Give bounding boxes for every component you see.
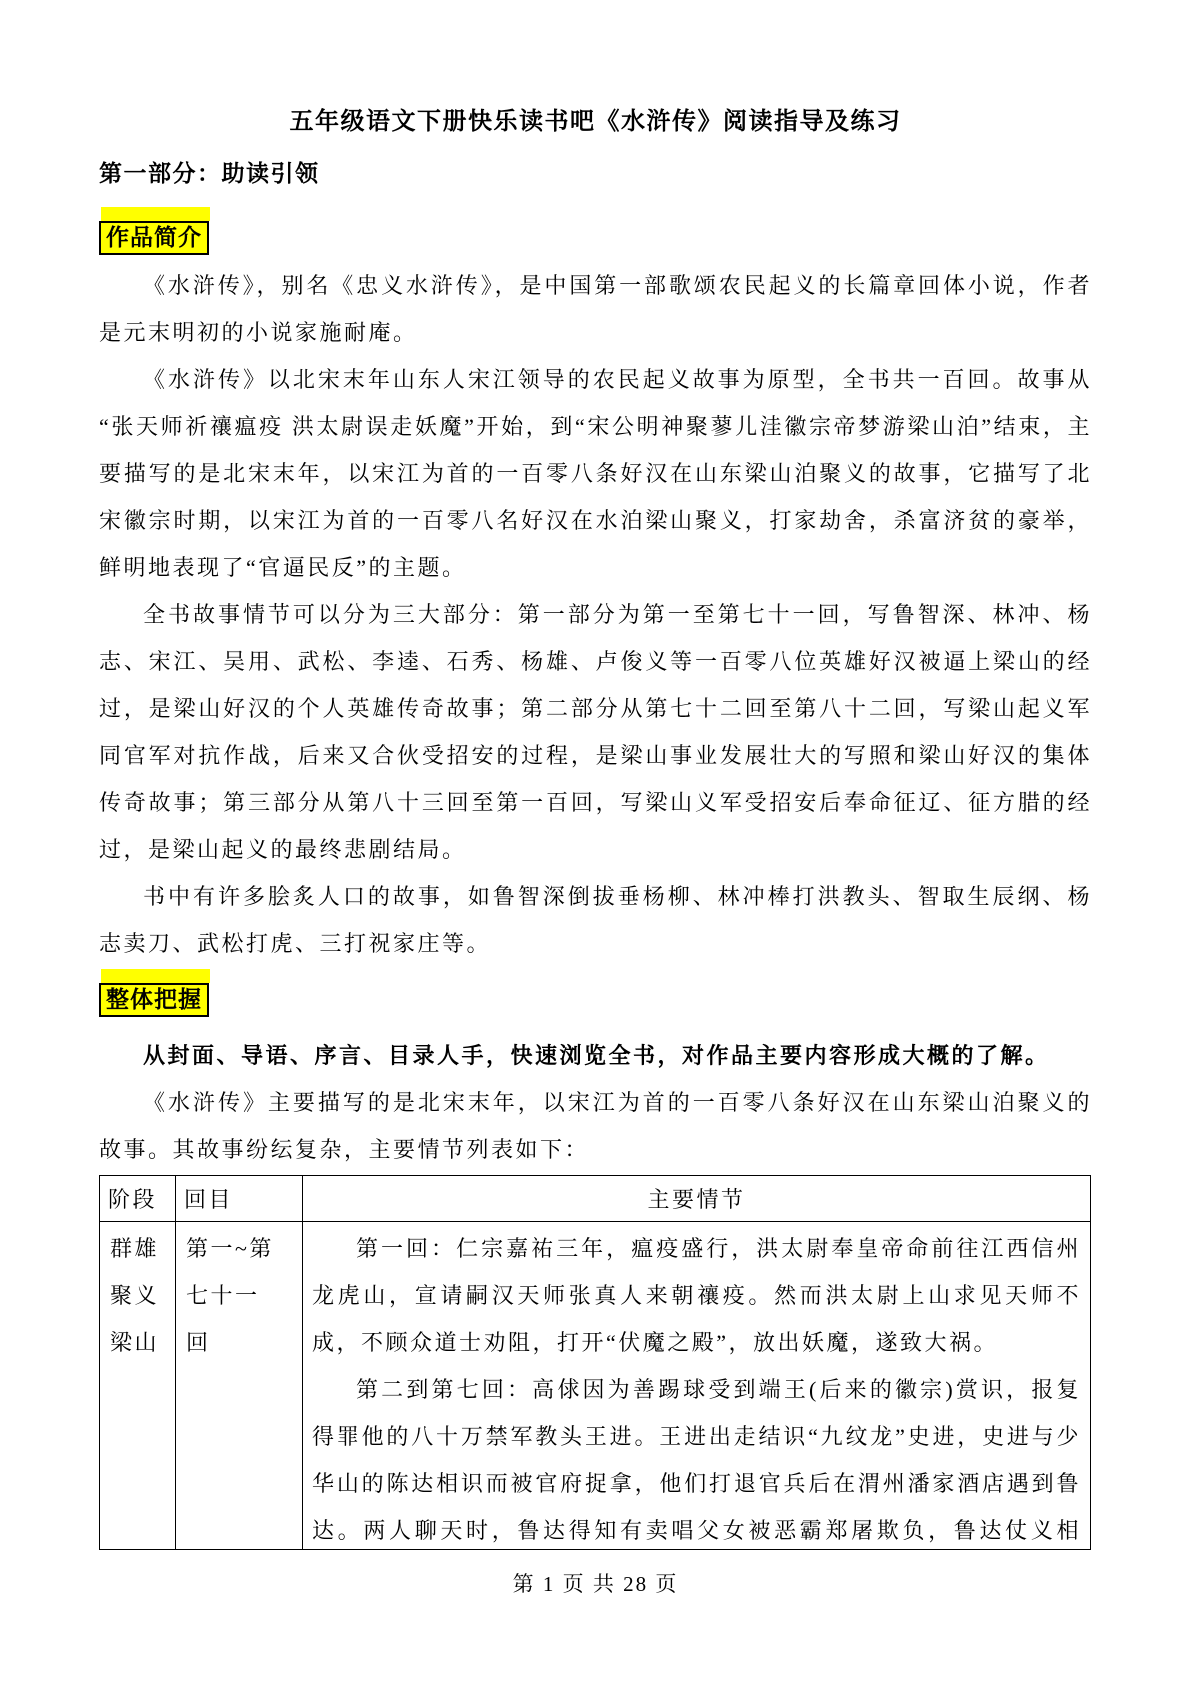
intro-badge-row: 作品简介: [99, 221, 1092, 255]
plot-cell-content: 第一回：仁宗嘉祐三年，瘟疫盛行，洪太尉奉皇帝命前往江西信州龙虎山，宣请嗣汉天师张…: [303, 1222, 1090, 1549]
column-header-stage: 阶段: [100, 1176, 176, 1222]
plot-cell: 第一回：仁宗嘉祐三年，瘟疫盛行，洪太尉奉皇帝命前往江西信州龙虎山，宣请嗣汉天师张…: [303, 1222, 1091, 1550]
table-intro-line: 《水浒传》主要描写的是北宋末年，以宋江为首的一百零八条好汉在山东梁山泊聚义的故事…: [99, 1079, 1092, 1173]
page-footer: 第 1 页 共 28 页: [99, 1570, 1092, 1598]
section-heading: 第一部分：助读引领: [99, 158, 1092, 190]
overview-section-badge: 整体把握: [99, 983, 209, 1017]
intro-paragraph-2: 《水浒传》以北宋末年山东人宋江领导的农民起义故事为原型，全书共一百回。故事从“张…: [99, 356, 1092, 591]
reading-guide-line: 从封面、导语、序言、目录人手，快速浏览全书，对作品主要内容形成大概的了解。: [99, 1032, 1092, 1079]
plot-table: 阶段 回目 主要情节 群雄 聚义 梁山 第一~第 七十一 回 第一回：仁宗嘉祐三…: [99, 1175, 1091, 1550]
intro-paragraph-1: 《水浒传》，别名《忠义水浒传》，是中国第一部歌颂农民起义的长篇章回体小说，作者是…: [99, 262, 1092, 356]
table-row: 群雄 聚义 梁山 第一~第 七十一 回 第一回：仁宗嘉祐三年，瘟疫盛行，洪太尉奉…: [100, 1222, 1091, 1550]
chapters-cell: 第一~第 七十一 回: [176, 1222, 303, 1550]
overview-badge-row: 整体把握: [99, 983, 1092, 1017]
highlight-strip: [101, 969, 210, 983]
intro-paragraph-3: 全书故事情节可以分为三大部分：第一部分为第一至第七十一回，写鲁智深、林冲、杨志、…: [99, 591, 1092, 873]
table-header-row: 阶段 回目 主要情节: [100, 1176, 1091, 1222]
intro-paragraph-4: 书中有许多脍炙人口的故事，如鲁智深倒拔垂杨柳、林冲棒打洪教头、智取生辰纲、杨志卖…: [99, 873, 1092, 967]
stage-cell: 群雄 聚义 梁山: [100, 1222, 176, 1550]
intro-section-badge: 作品简介: [99, 221, 209, 255]
plot-paragraph-2: 第二到第七回：高俅因为善踢球受到端王(后来的徽宗)赏识，报复得罪他的八十万禁军教…: [312, 1366, 1081, 1549]
document-page: 五年级语文下册快乐读书吧《水浒传》阅读指导及练习 第一部分：助读引领 作品简介 …: [0, 0, 1191, 1684]
highlight-strip: [101, 207, 210, 221]
column-header-chapters: 回目: [176, 1176, 303, 1222]
plot-paragraph-1: 第一回：仁宗嘉祐三年，瘟疫盛行，洪太尉奉皇帝命前往江西信州龙虎山，宣请嗣汉天师张…: [312, 1225, 1081, 1366]
column-header-plot: 主要情节: [303, 1176, 1091, 1222]
page-title: 五年级语文下册快乐读书吧《水浒传》阅读指导及练习: [99, 104, 1092, 140]
